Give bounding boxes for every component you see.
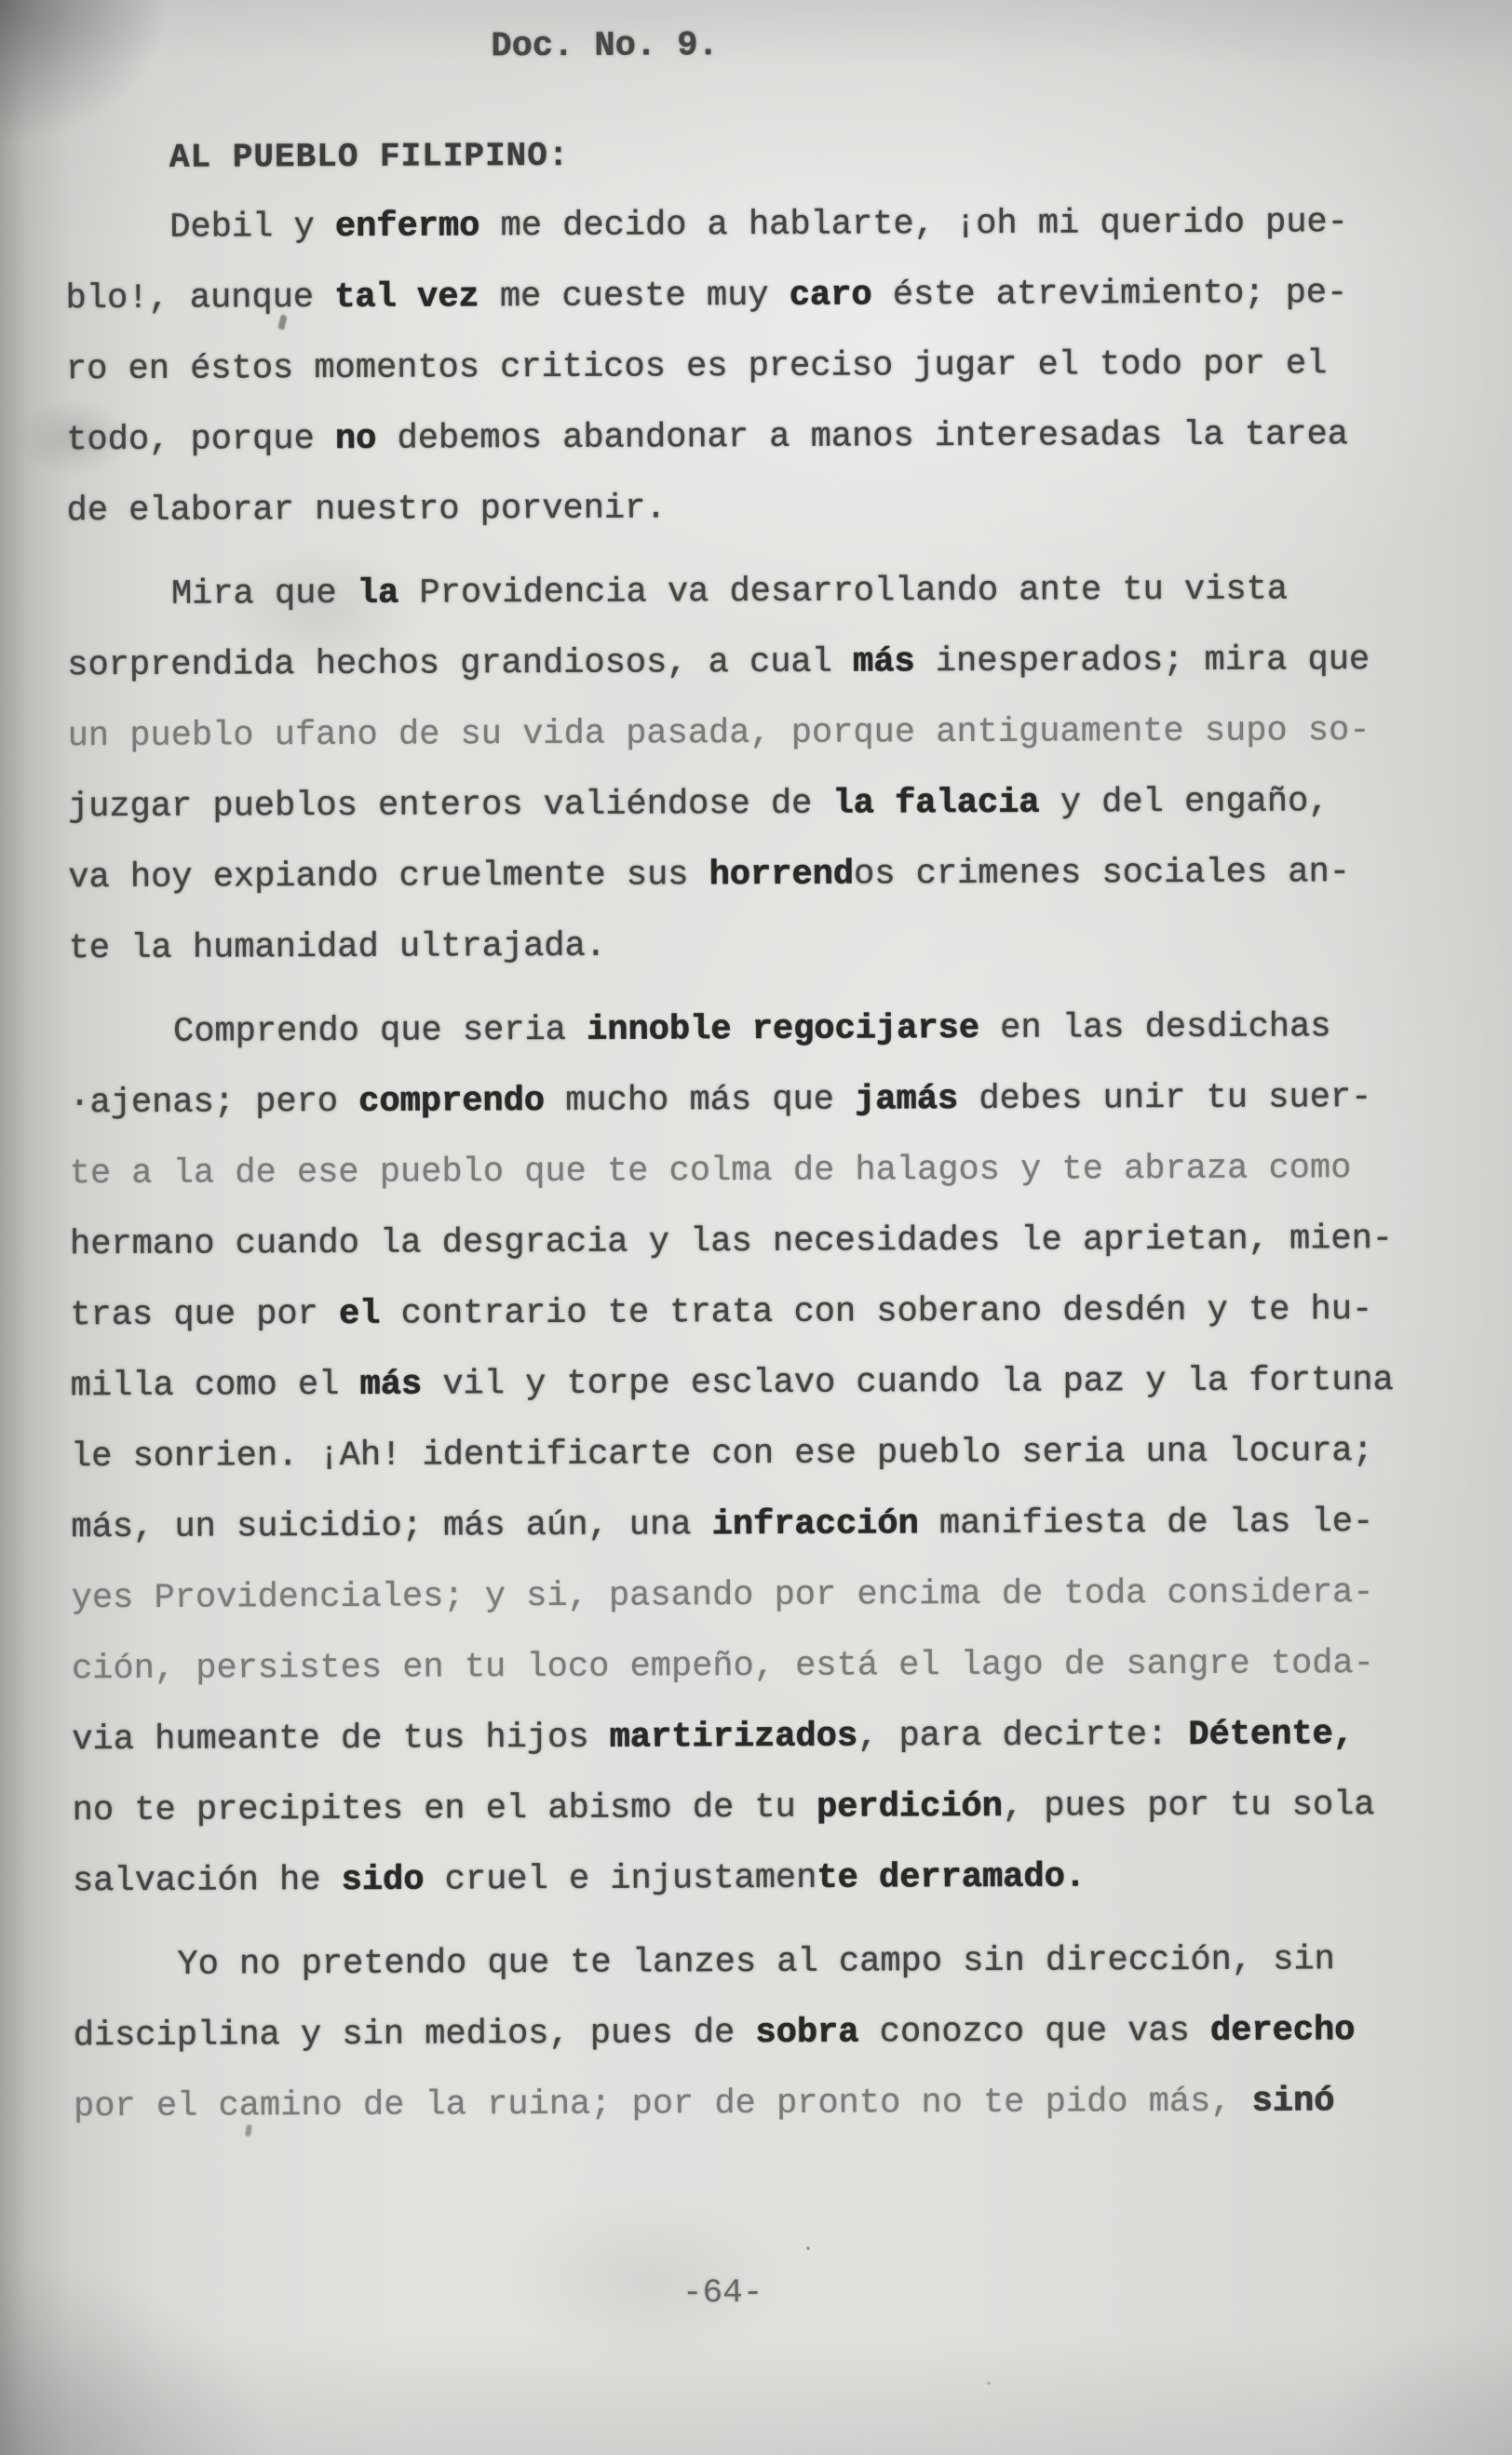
- text-line: disciplina y sin medios, pues de sobra c…: [74, 2010, 1451, 2086]
- text-line: via humeante de tus hijos martirizados, …: [72, 1714, 1450, 1790]
- text-line: Debil y enfermo me decido a hablarte, ¡o…: [65, 202, 1443, 278]
- text-line: ción, persistes en tu loco empeño, está …: [72, 1643, 1450, 1720]
- text-line: milla como el más vil y torpe esclavo cu…: [71, 1360, 1449, 1437]
- text-line: Mira que la Providencia va desarrollando…: [67, 569, 1445, 645]
- text-line: tras que por el contrario te trata con s…: [70, 1289, 1448, 1366]
- paragraph: Yo no pretendo que te lanzes al campo si…: [73, 1939, 1451, 2157]
- paragraph: Comprendo que seria innoble regocijarse …: [69, 1006, 1451, 1932]
- page-number: -64-: [682, 2273, 763, 2312]
- text-line: juzgar pueblos enteros valiéndose de la …: [68, 781, 1446, 857]
- text-line: te la humanidad ultrajada.: [69, 923, 1447, 999]
- text-line: hermano cuando la desgracia y las necesi…: [70, 1219, 1448, 1295]
- scanned-page: Doc. No. 9. AL PUEBLO FILIPINO: Debil y …: [0, 0, 1512, 2455]
- text-line: Yo no pretendo que te lanzes al campo si…: [73, 1939, 1451, 2016]
- text-line: Comprendo que seria innoble regocijarse …: [69, 1006, 1447, 1083]
- text-line: va hoy expiando cruelmente sus horrendos…: [68, 852, 1446, 928]
- text-line: blo!, aunque tal vez me cueste muy caro …: [66, 273, 1444, 349]
- text-line: más, un suicidio; más aún, una infracció…: [71, 1502, 1449, 1578]
- text-line: un pueblo ufano de su vida pasada, porqu…: [68, 710, 1446, 787]
- typed-content: Doc. No. 9. AL PUEBLO FILIPINO: Debil y …: [0, 0, 1512, 2455]
- text-line: salvación he sido cruel e injustamente d…: [73, 1855, 1451, 1932]
- paragraph: Debil y enfermo me decido a hablarte, ¡o…: [65, 202, 1445, 561]
- doc-number-label: Doc. No. 9.: [491, 26, 718, 66]
- paragraph: Mira que la Providencia va desarrollando…: [67, 569, 1447, 999]
- text-line: de elaborar nuestro porvenir.: [67, 485, 1445, 561]
- text-line: por el camino de la ruina; por de pronto…: [74, 2081, 1451, 2157]
- text-line: no te precipites en el abismo de tu perd…: [73, 1785, 1451, 1861]
- salutation: AL PUEBLO FILIPINO:: [169, 137, 570, 177]
- text-line: sorprendida hechos grandiosos, a cual má…: [67, 640, 1445, 716]
- text-line: todo, porque no debemos abandonar a mano…: [66, 414, 1444, 491]
- text-line: ·ajenas; pero comprendo mucho más que ja…: [69, 1077, 1447, 1153]
- text-line: le sonrien. ¡Ah! identificarte con ese p…: [71, 1431, 1449, 1507]
- text-line: ro en éstos momentos criticos es preciso…: [66, 344, 1444, 420]
- text-line: te a la de ese pueblo que te colma de ha…: [70, 1148, 1448, 1224]
- text-line: yes Providenciales; y si, pasando por en…: [72, 1572, 1450, 1649]
- document-body: Debil y enfermo me decido a hablarte, ¡o…: [65, 202, 1451, 2157]
